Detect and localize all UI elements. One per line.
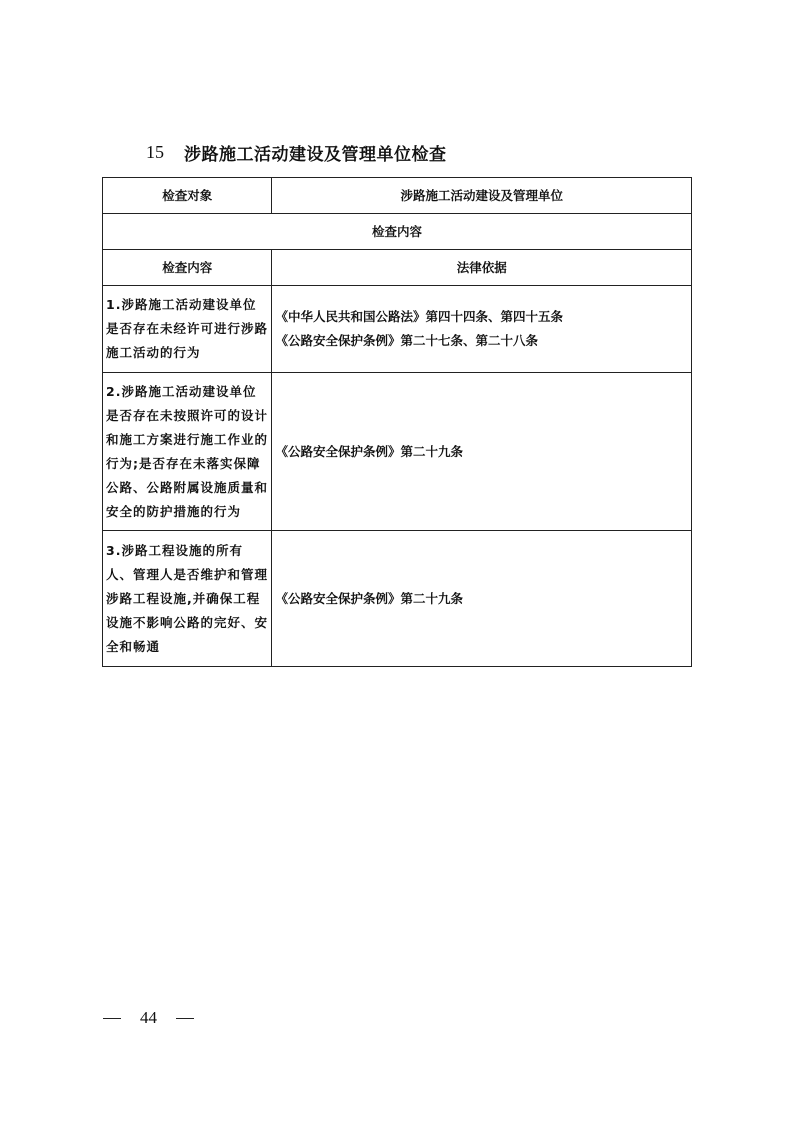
- inspection-item-content: 2.涉路施工活动建设单位是否存在未按照许可的设计和施工方案进行施工作业的行为;是…: [103, 373, 272, 531]
- dash-right: [176, 1018, 194, 1019]
- table-row: 2.涉路施工活动建设单位是否存在未按照许可的设计和施工方案进行施工作业的行为;是…: [103, 373, 692, 531]
- legal-basis-line: 《公路安全保护条例》第二十九条: [275, 587, 688, 611]
- legal-basis-cell: 《中华人民共和国公路法》第四十四条、第四十五条 《公路安全保护条例》第二十七条、…: [272, 286, 692, 373]
- section-number: 15: [146, 142, 164, 163]
- table-header-row: 检查内容 法律依据: [103, 250, 692, 286]
- page-number: 44: [140, 1008, 157, 1028]
- column-header-content: 检查内容: [103, 250, 272, 286]
- table-row: 1.涉路施工活动建设单位是否存在未经许可进行涉路施工活动的行为 《中华人民共和国…: [103, 286, 692, 373]
- legal-basis-line: 《公路安全保护条例》第二十七条、第二十八条: [275, 329, 688, 353]
- section-label: 检查内容: [103, 214, 692, 250]
- column-header-basis: 法律依据: [272, 250, 692, 286]
- section-heading: 15 涉路施工活动建设及管理单位检查: [146, 139, 447, 165]
- legal-basis-line: 《公路安全保护条例》第二十九条: [275, 440, 688, 464]
- legal-basis-cell: 《公路安全保护条例》第二十九条: [272, 531, 692, 667]
- legal-basis-cell: 《公路安全保护条例》第二十九条: [272, 373, 692, 531]
- table-row-section: 检查内容: [103, 214, 692, 250]
- inspection-item-content: 1.涉路施工活动建设单位是否存在未经许可进行涉路施工活动的行为: [103, 286, 272, 373]
- section-title: 涉路施工活动建设及管理单位检查: [184, 140, 447, 165]
- page-footer: 44: [103, 1008, 194, 1028]
- inspection-item-content: 3.涉路工程设施的所有人、管理人是否维护和管理涉路工程设施,并确保工程设施不影响…: [103, 531, 272, 667]
- inspection-table: 检查对象 涉路施工活动建设及管理单位 检查内容 检查内容 法律依据 1.涉路施工…: [102, 177, 692, 667]
- object-label: 检查对象: [103, 178, 272, 214]
- object-value: 涉路施工活动建设及管理单位: [272, 178, 692, 214]
- table-row-object: 检查对象 涉路施工活动建设及管理单位: [103, 178, 692, 214]
- legal-basis-line: 《中华人民共和国公路法》第四十四条、第四十五条: [275, 305, 688, 329]
- dash-left: [103, 1018, 121, 1019]
- table-row: 3.涉路工程设施的所有人、管理人是否维护和管理涉路工程设施,并确保工程设施不影响…: [103, 531, 692, 667]
